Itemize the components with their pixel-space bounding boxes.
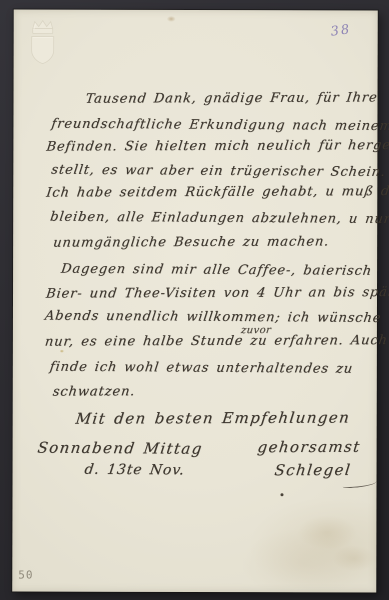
show-through-stain xyxy=(332,545,376,571)
letter-line: schwatzen. xyxy=(52,384,136,399)
letter-line: stellt, es war aber ein trügerischer Sch… xyxy=(50,163,386,180)
letter-line: Befinden. Sie hielten mich neulich für h… xyxy=(46,138,389,155)
letter-line: Bier- und Thee-Visiten von 4 Uhr an bis … xyxy=(45,285,389,302)
signature: Schlegel xyxy=(273,461,352,479)
embossed-crest-icon xyxy=(26,17,60,69)
letter-line: Abends unendlich willkommen; ich wünsche xyxy=(44,309,382,326)
show-through-stain xyxy=(297,515,357,549)
signature-flourish xyxy=(342,479,376,488)
letter-line: Dagegen sind mir alle Caffee-, baierisch xyxy=(60,262,373,279)
closing-compliments: Mit den besten Empfehlungen xyxy=(75,408,352,427)
letter-line: Ich habe seitdem Rückfälle gehabt, u muß… xyxy=(45,184,389,201)
pencil-page-number: 50 xyxy=(18,569,33,582)
foxing-spot xyxy=(167,16,176,22)
closing-date-place: Sonnabend Mittag xyxy=(36,439,203,458)
folio-number: 38 xyxy=(330,22,352,40)
ink-dot xyxy=(280,493,283,496)
letter-line: nur, es eine halbe Stunde zu erfahren. A… xyxy=(44,333,389,349)
letter-line: unumgängliche Besuche zu machen. xyxy=(52,234,330,250)
closing-date: d. 13te Nov. xyxy=(84,462,186,479)
letter-line: finde ich wohl etwas unterhaltendes zu xyxy=(49,360,354,377)
interlinear-insertion: zuvor xyxy=(240,325,272,336)
scanned-letter-viewer: { "scan": { "background_color": "#2d2c31… xyxy=(0,0,389,600)
letter-page: 38 Tausend Dank, gnädige Frau, für Ihre … xyxy=(12,10,378,593)
letter-line: freundschaftliche Erkundigung nach meine… xyxy=(50,117,389,134)
closing-valediction: gehorsamst xyxy=(257,438,362,456)
paper-speck xyxy=(60,350,64,353)
letter-line: bleiben, alle Einladungen abzulehnen, u … xyxy=(49,210,389,227)
letter-line: Tausend Dank, gnädige Frau, für Ihre xyxy=(85,90,379,106)
